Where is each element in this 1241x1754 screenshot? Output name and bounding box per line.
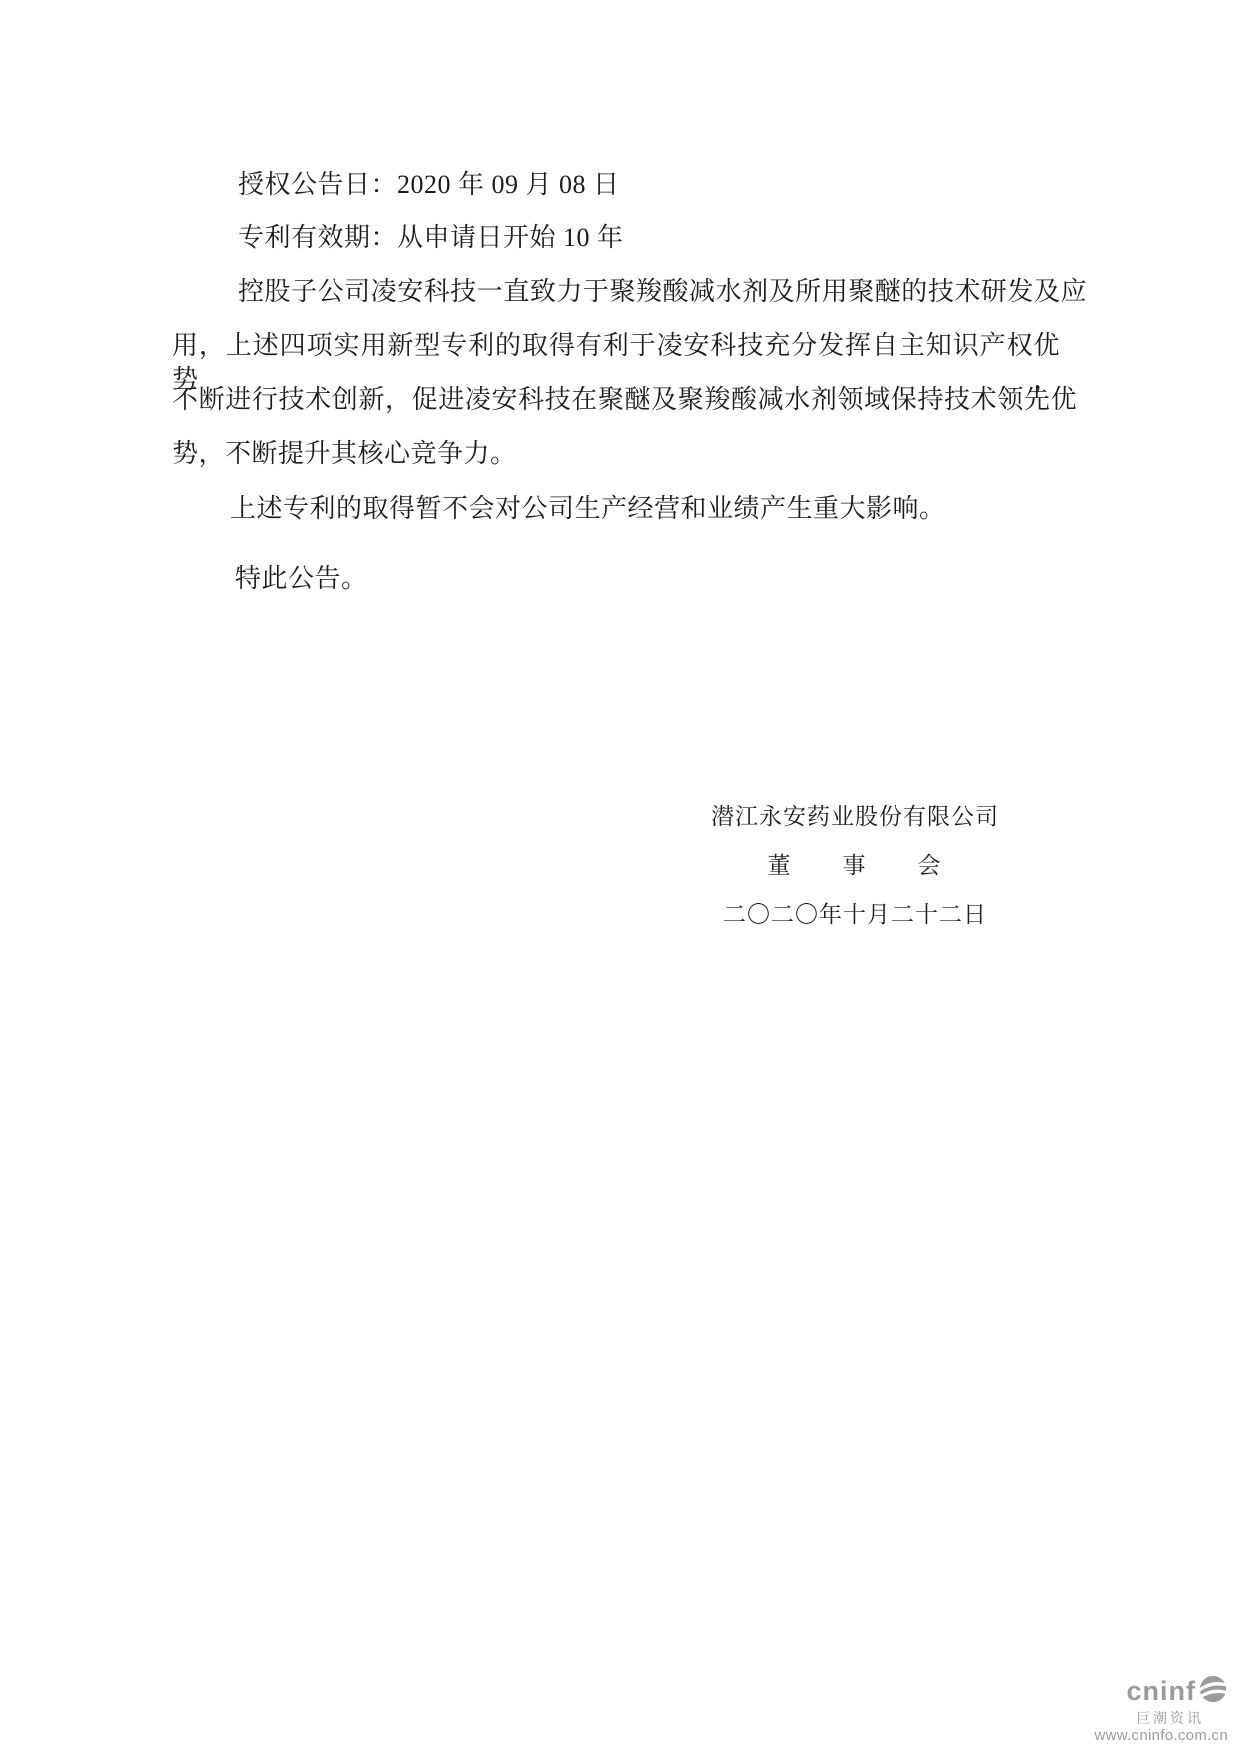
signature-company: 潜江永安药业股份有限公司	[640, 798, 1070, 831]
cninfo-watermark: cninf 巨潮资讯 www.cninfo.com.cn	[1095, 1674, 1228, 1743]
impact-statement-line: 上述专利的取得暂不会对公司生产经营和业绩产生重大影响。	[230, 492, 946, 526]
paragraph-line: 势，不断提升其核心竞争力。	[172, 437, 517, 471]
closing-announcement-line: 特此公告。	[235, 562, 368, 596]
paragraph-line: 控股子公司凌安科技一直致力于聚羧酸减水剂及所用聚醚的技术研发及应	[238, 275, 1087, 309]
cninfo-brand-chinese: 巨潮资讯	[1095, 1711, 1204, 1725]
signature-date: 二〇二〇年十月二十二日	[640, 896, 1070, 929]
cninfo-globe-icon	[1198, 1674, 1228, 1708]
document-page: 授权公告日：2020 年 09 月 08 日 专利有效期：从申请日开始 10 年…	[0, 0, 1241, 1754]
signature-board: 董 事 会	[640, 847, 1070, 880]
grant-date-line: 授权公告日：2020 年 09 月 08 日	[238, 168, 620, 202]
paragraph-line: 不断进行技术创新，促进凌安科技在聚醚及聚羧酸减水剂领域保持技术领先优	[172, 383, 1077, 417]
patent-validity-line: 专利有效期：从申请日开始 10 年	[238, 221, 624, 255]
cninfo-logo-text: cninf	[1127, 1678, 1197, 1705]
signature-block: 潜江永安药业股份有限公司 董 事 会 二〇二〇年十月二十二日	[640, 798, 1070, 945]
cninfo-url: www.cninfo.com.cn	[1095, 1728, 1228, 1743]
